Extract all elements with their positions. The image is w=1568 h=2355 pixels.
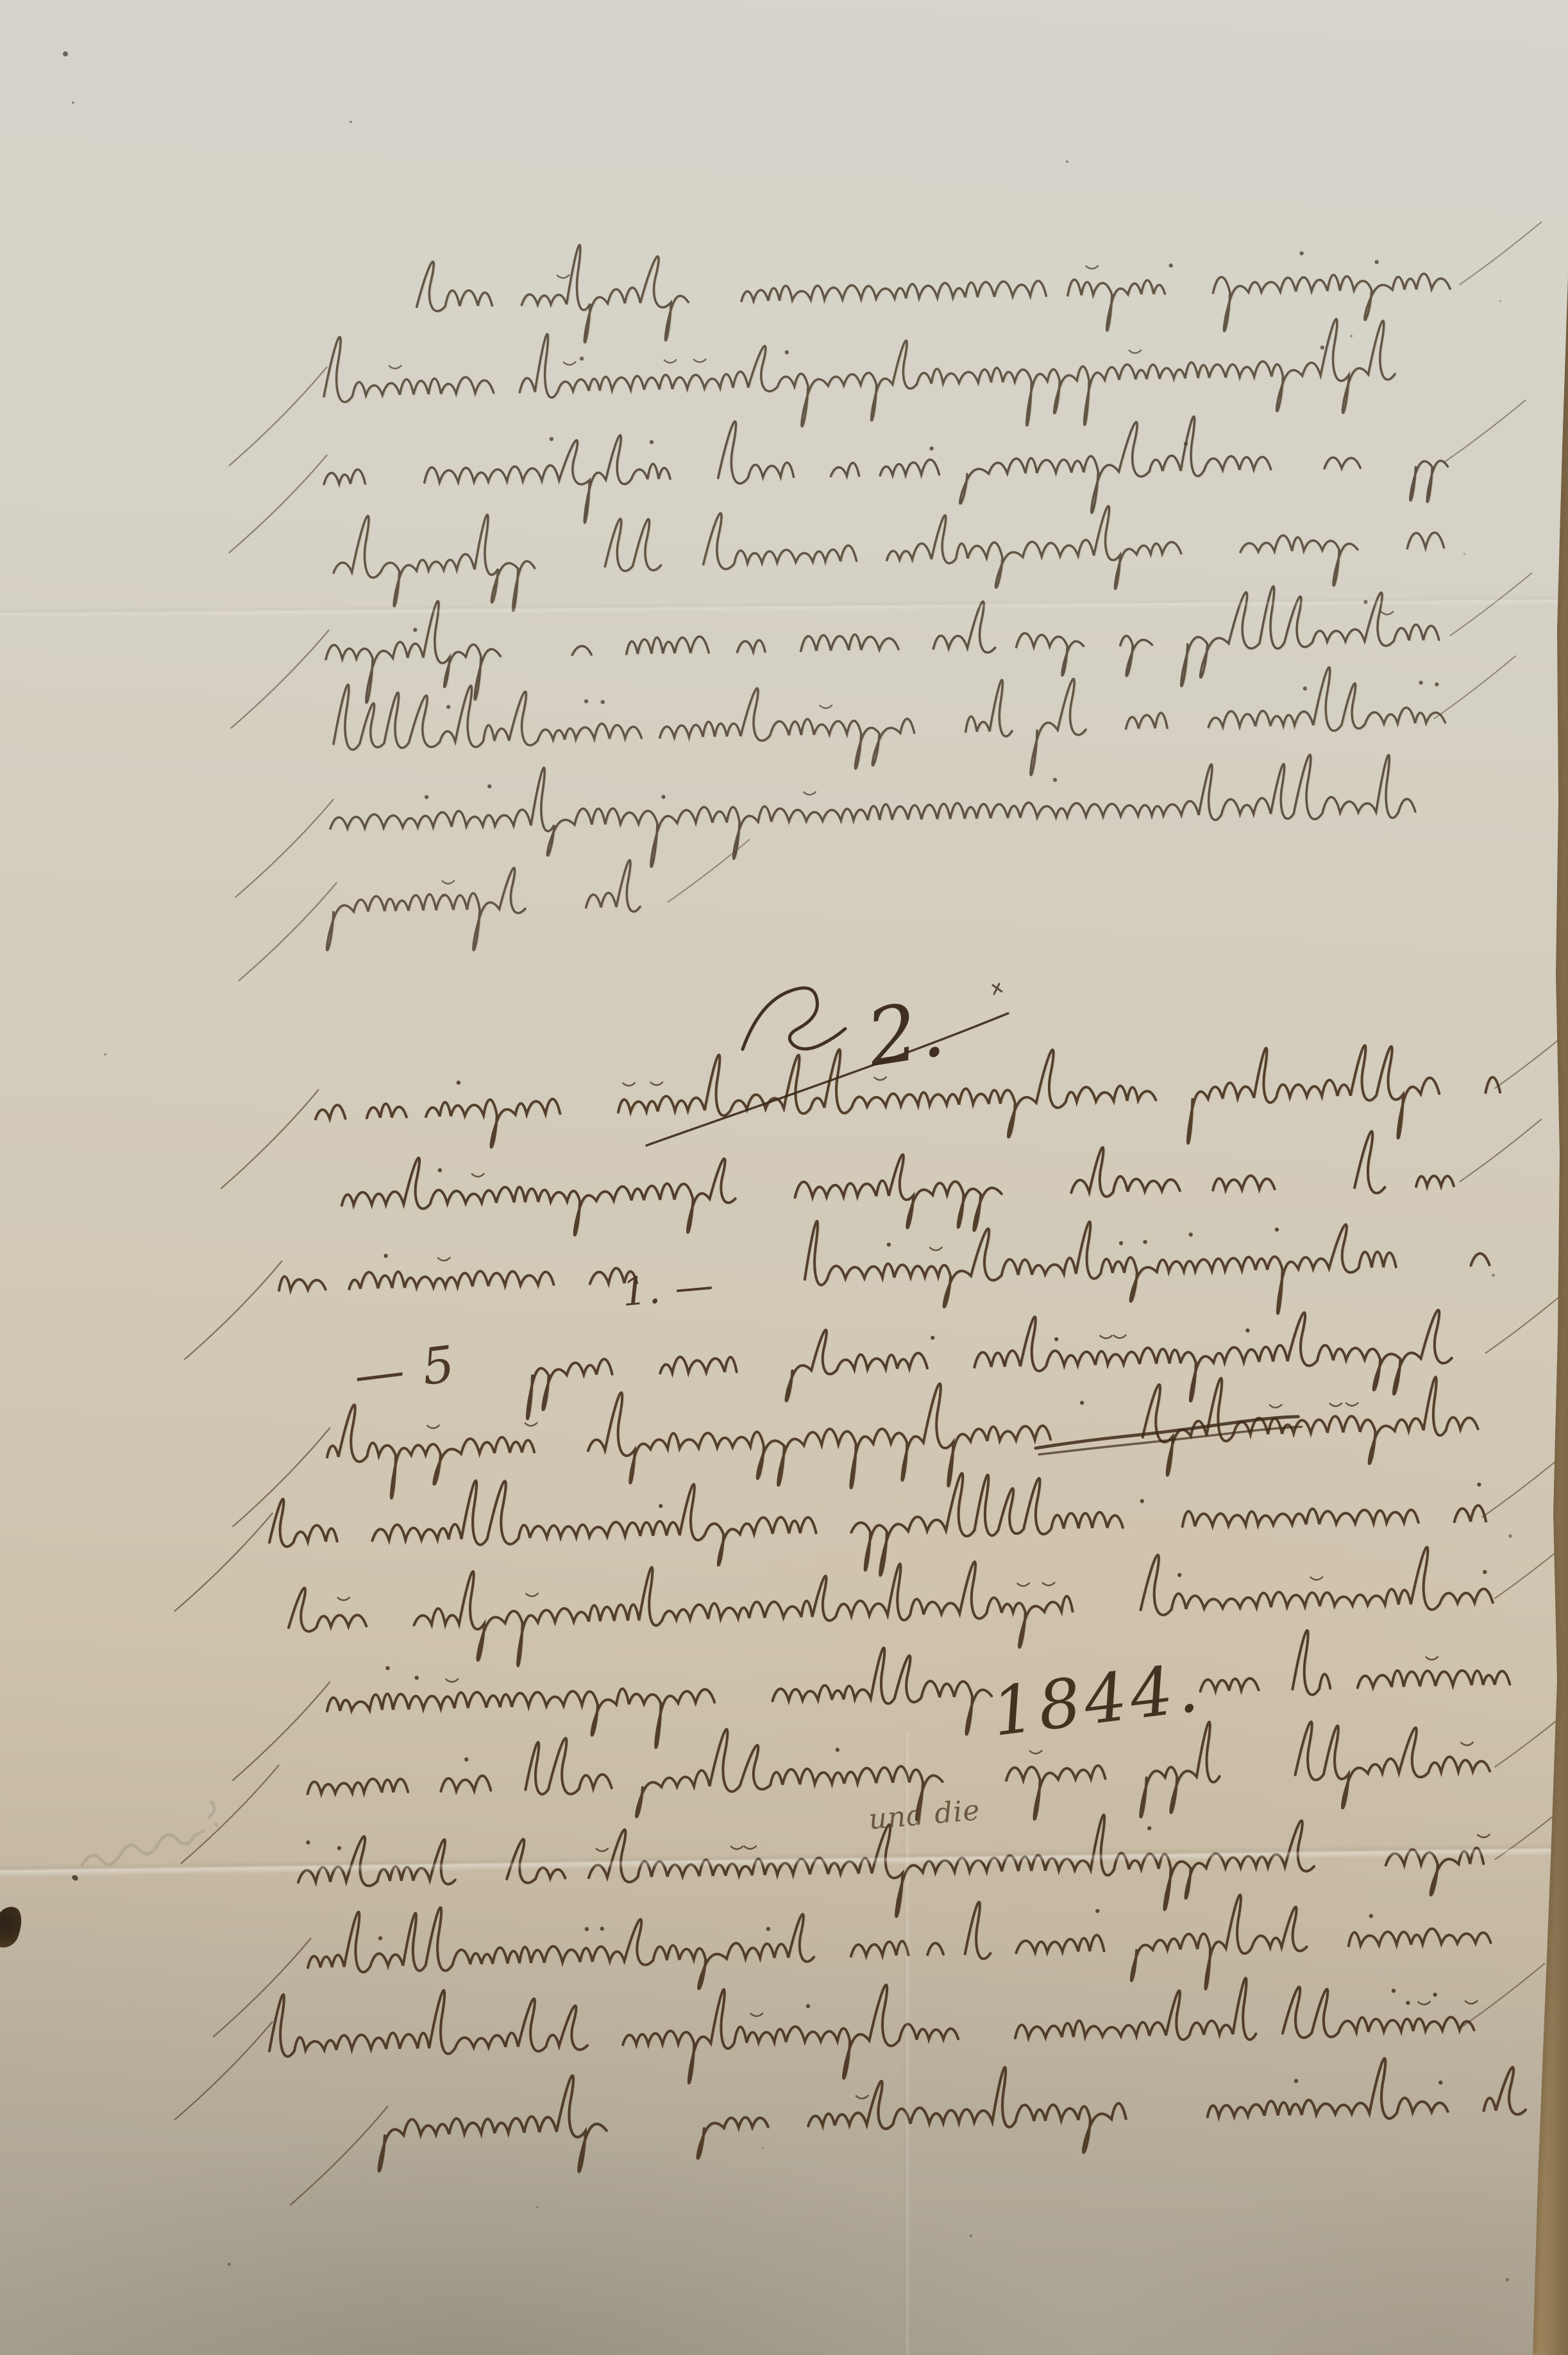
handwritten-line-16 (287, 1535, 1568, 1672)
strikethrough-correction (1035, 1417, 1302, 1455)
page-wrap: 2.1844.1. —— 5und die (0, 0, 1568, 2355)
token-amount-1: 1. — (620, 1263, 716, 1315)
paper-speck (1508, 1534, 1512, 1538)
handwritten-line-17 (230, 1626, 1513, 1780)
handwritten-line-18 (178, 1704, 1568, 1864)
margin-pencil-note (78, 1802, 219, 1866)
token-interlinear-insertion: und die (868, 1794, 982, 1836)
handwritten-line-11 (341, 1119, 1544, 1243)
section-heading (646, 984, 1008, 1145)
handwritten-line-21 (172, 1963, 1547, 2120)
manuscript-photo: { "document": { "kind": "handwritten arc… (0, 0, 1568, 2355)
paper-speck (1463, 553, 1465, 555)
handwritten-line-6 (332, 656, 1518, 789)
paper-speck (1492, 1274, 1495, 1277)
paper-speck (762, 2147, 764, 2149)
handwritten-line-4 (332, 491, 1446, 616)
paper-speck (1506, 2278, 1509, 2281)
paper-speck (350, 121, 352, 123)
paper-speck (228, 2263, 231, 2266)
paper-speck (536, 2206, 538, 2208)
paper-speck (1499, 300, 1501, 302)
token-amount-5: — 5 (351, 1335, 459, 1405)
paper-speck (104, 1053, 106, 1056)
paper-speck (443, 895, 445, 897)
paper-speck (1350, 335, 1353, 337)
handwritten-line-2 (226, 315, 1397, 466)
handwritten-line-7 (233, 753, 1418, 897)
manuscript-page: 2.1844.1. —— 5und die (0, 0, 1568, 2355)
ink-layer: 2.1844.1. —— 5und die (0, 0, 1568, 2355)
paper-speck (970, 2234, 972, 2237)
handwritten-line-3 (226, 400, 1528, 553)
paper-speck (1066, 160, 1068, 163)
handwritten-line-15 (172, 1455, 1566, 1612)
paper-speck (72, 101, 74, 104)
token-year-1844: 1844. (988, 1648, 1206, 1751)
token-heading-number: 2. (860, 983, 951, 1085)
handwritten-line-1 (416, 222, 1544, 346)
paper-speck (63, 51, 68, 56)
handwritten-line-5 (228, 573, 1534, 728)
handwritten-line-22 (287, 2054, 1528, 2206)
handwritten-line-20 (210, 1886, 1494, 2037)
handwritten-line-8 (236, 840, 752, 981)
